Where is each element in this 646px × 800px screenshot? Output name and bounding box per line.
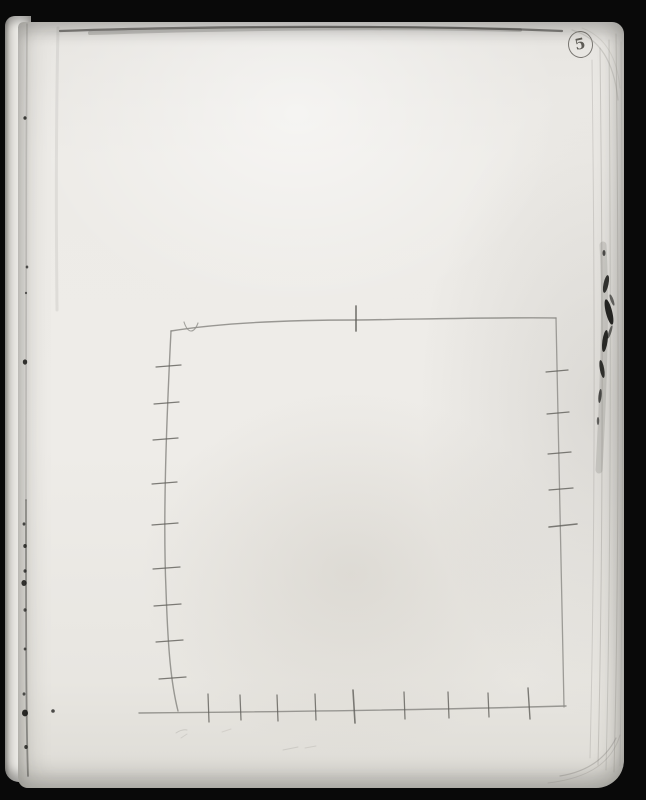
gutter-speck [23, 116, 26, 120]
left-tick-mark [154, 402, 179, 404]
faint-pencil-mark [181, 734, 187, 738]
left-tick-mark [156, 365, 181, 367]
edge-ink-smudge [603, 250, 606, 256]
right-tick-mark [549, 488, 573, 490]
photo-background: 5 [0, 0, 646, 800]
faint-pencil-mark [222, 729, 231, 732]
bottom-tick-mark [528, 688, 530, 719]
gutter-speck [23, 522, 26, 525]
page-stack-line-5 [620, 42, 622, 766]
gutter-speck [24, 648, 27, 651]
right-tick-mark [549, 524, 577, 527]
corner-curl-bottom-right-1 [560, 738, 616, 776]
gutter-speck [23, 692, 26, 695]
square-right-edge [556, 318, 564, 707]
bottom-tick-mark [240, 695, 241, 720]
right-tick-mark [548, 452, 571, 454]
gutter-speck [22, 710, 28, 717]
corner-curl-top-right-1 [572, 30, 618, 100]
page-stack-line-1 [590, 60, 594, 758]
square-bottom-edge [139, 706, 566, 713]
bottom-tick-mark [315, 694, 316, 720]
page-stack-line-3 [606, 40, 610, 770]
gutter-speck [24, 745, 27, 749]
gutter-crease-faint [56, 28, 58, 310]
left-tick-mark [154, 604, 181, 606]
faint-pencil-mark [283, 747, 298, 750]
gutter-crease-upper [26, 24, 27, 500]
gutter-speck [23, 359, 27, 364]
gutter-speck [24, 569, 27, 573]
page-speck [51, 709, 55, 713]
square-start-hook [184, 322, 198, 331]
faint-pencil-mark [176, 730, 187, 733]
gutter-speck [26, 266, 29, 269]
gutter-speck [23, 544, 26, 548]
square-left-edge [165, 331, 178, 711]
left-tick-mark [156, 640, 183, 642]
bottom-tick-mark [208, 694, 209, 722]
edge-smudge-streak [599, 245, 604, 470]
pencil-sketch-svg [0, 0, 646, 800]
bottom-tick-mark [448, 692, 449, 718]
gutter-speck [21, 580, 26, 586]
bottom-tick-mark [277, 695, 278, 721]
bottom-tick-mark [353, 690, 355, 723]
bottom-tick-mark [404, 692, 405, 719]
corner-curl-bottom-right-2 [548, 735, 620, 783]
edge-ink-smudge [597, 417, 599, 425]
gutter-crease-lower [26, 500, 28, 776]
gutter-speck [25, 292, 27, 294]
left-tick-mark [153, 438, 178, 440]
gutter-speck [24, 608, 27, 611]
bottom-tick-mark [488, 693, 489, 717]
left-tick-mark [152, 482, 177, 484]
square-top-edge [171, 318, 556, 331]
left-tick-mark [153, 567, 180, 569]
page-stack-line-4 [614, 34, 618, 772]
faint-pencil-mark [305, 746, 316, 748]
